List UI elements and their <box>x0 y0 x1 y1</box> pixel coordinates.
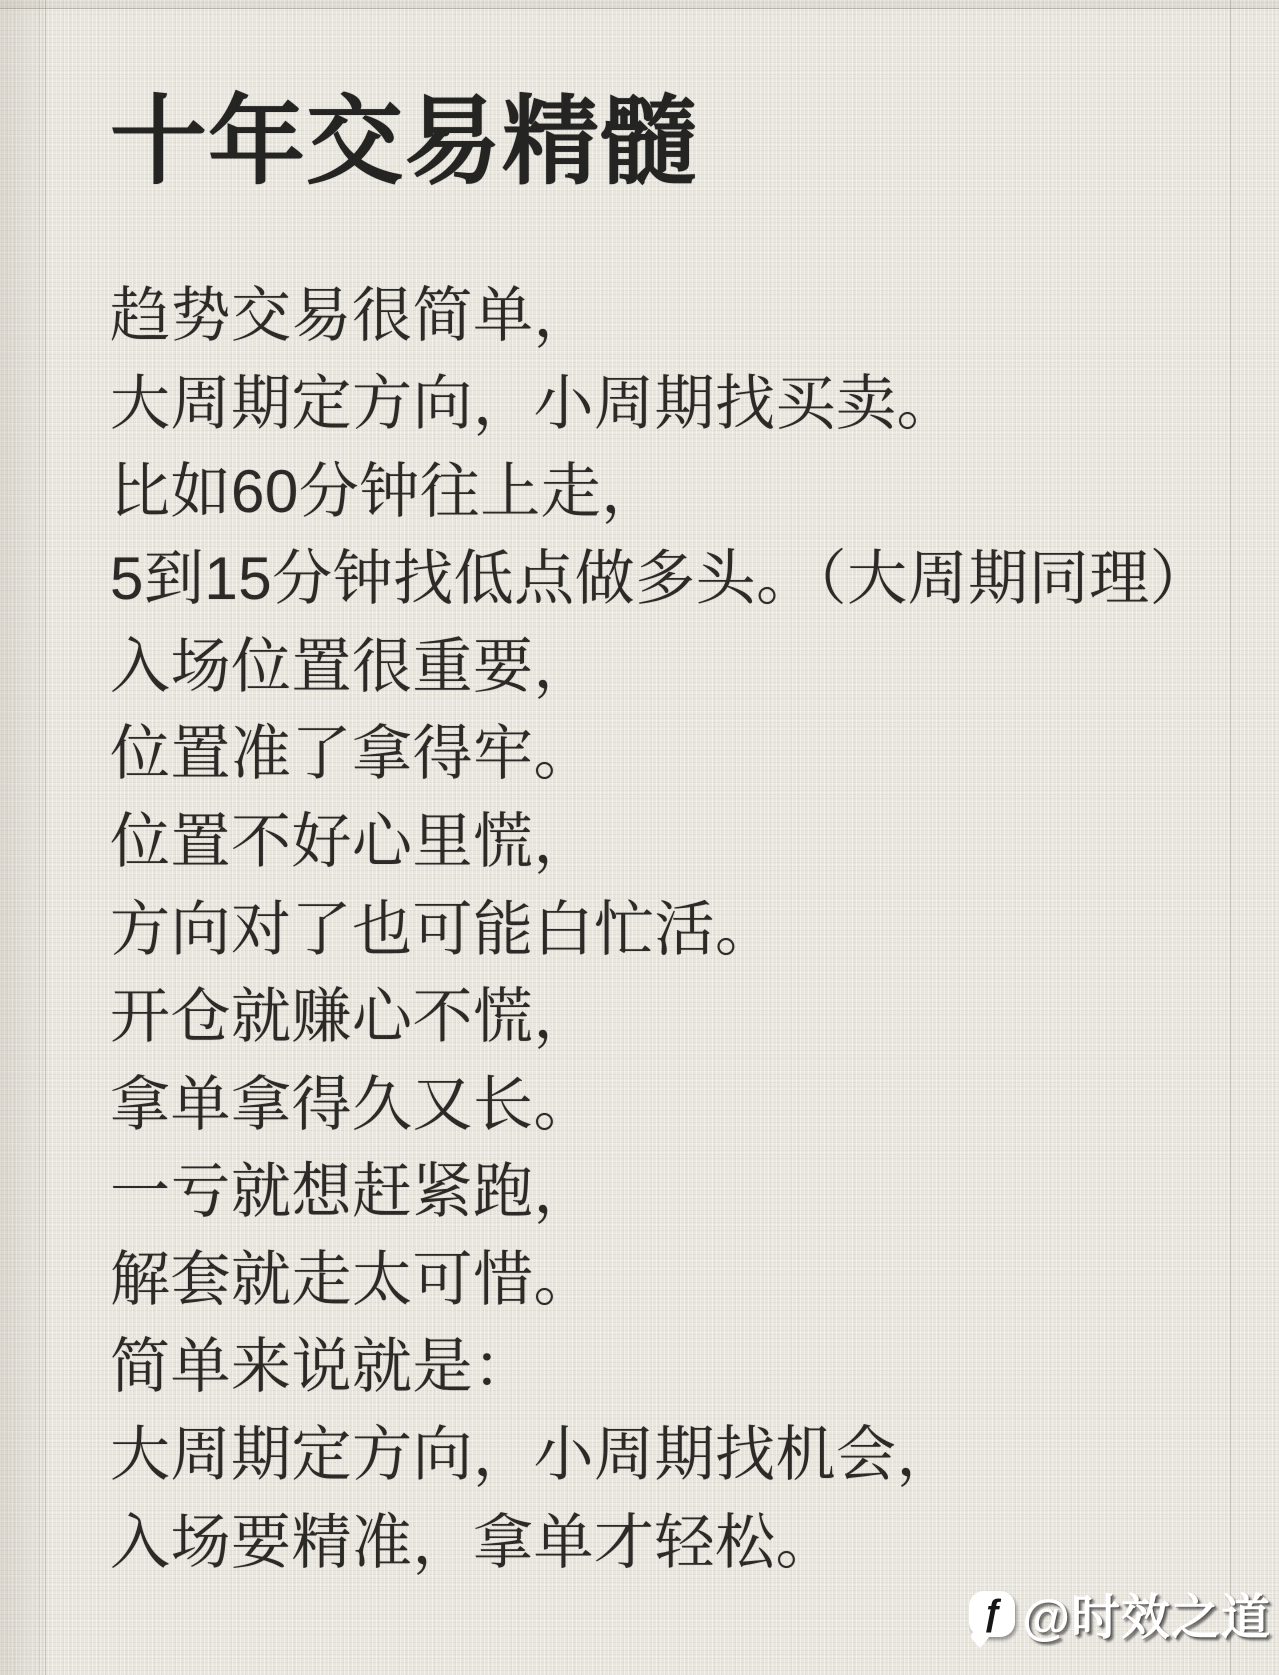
text-line: 趋势交易很简单， <box>110 268 1279 356</box>
watermark: ƒ @时效之道 <box>969 1579 1271 1649</box>
watermark-handle: @时效之道 <box>1022 1579 1271 1649</box>
text-line: 位置准了拿得牢。 <box>110 706 1279 794</box>
paper-frame-line-top <box>0 8 1279 9</box>
text-line: 方向对了也可能白忙活。 <box>110 881 1279 969</box>
logo-f-glyph: ƒ <box>982 1595 1002 1631</box>
paper-frame-line-left <box>45 0 46 1675</box>
text-line: 大周期定方向，小周期找买卖。 <box>110 355 1279 443</box>
text-line: 简单来说就是： <box>110 1319 1279 1407</box>
text-line: 比如60分钟往上走， <box>110 443 1279 531</box>
page-title: 十年交易精髓 <box>110 86 1279 198</box>
text-line: 解套就走太可惜。 <box>110 1231 1279 1319</box>
text-line: 大周期定方向，小周期找机会， <box>110 1406 1279 1494</box>
text-line: 5到15分钟找低点做多头。（大周期同理） <box>110 530 1279 618</box>
paper-frame-line-left-outer <box>39 0 40 1675</box>
speech-bubble-f-logo-icon: ƒ <box>969 1591 1015 1637</box>
paper-edge-shade-left <box>0 0 45 1675</box>
text-line: 入场要精准，拿单才轻松。 <box>110 1494 1279 1582</box>
paper-edge-shade-top <box>0 0 1279 8</box>
body-text: 趋势交易很简单， 大周期定方向，小周期找买卖。 比如60分钟往上走， 5到15分… <box>110 268 1279 1582</box>
text-line: 位置不好心里慌， <box>110 793 1279 881</box>
text-line: 入场位置很重要， <box>110 618 1279 706</box>
paper-page: { "page": { "background_color": "#e9e6de… <box>0 0 1279 1675</box>
text-line: 开仓就赚心不慌， <box>110 968 1279 1056</box>
text-line: 拿单拿得久又长。 <box>110 1056 1279 1144</box>
text-line: 一亏就想赶紧跑， <box>110 1143 1279 1231</box>
